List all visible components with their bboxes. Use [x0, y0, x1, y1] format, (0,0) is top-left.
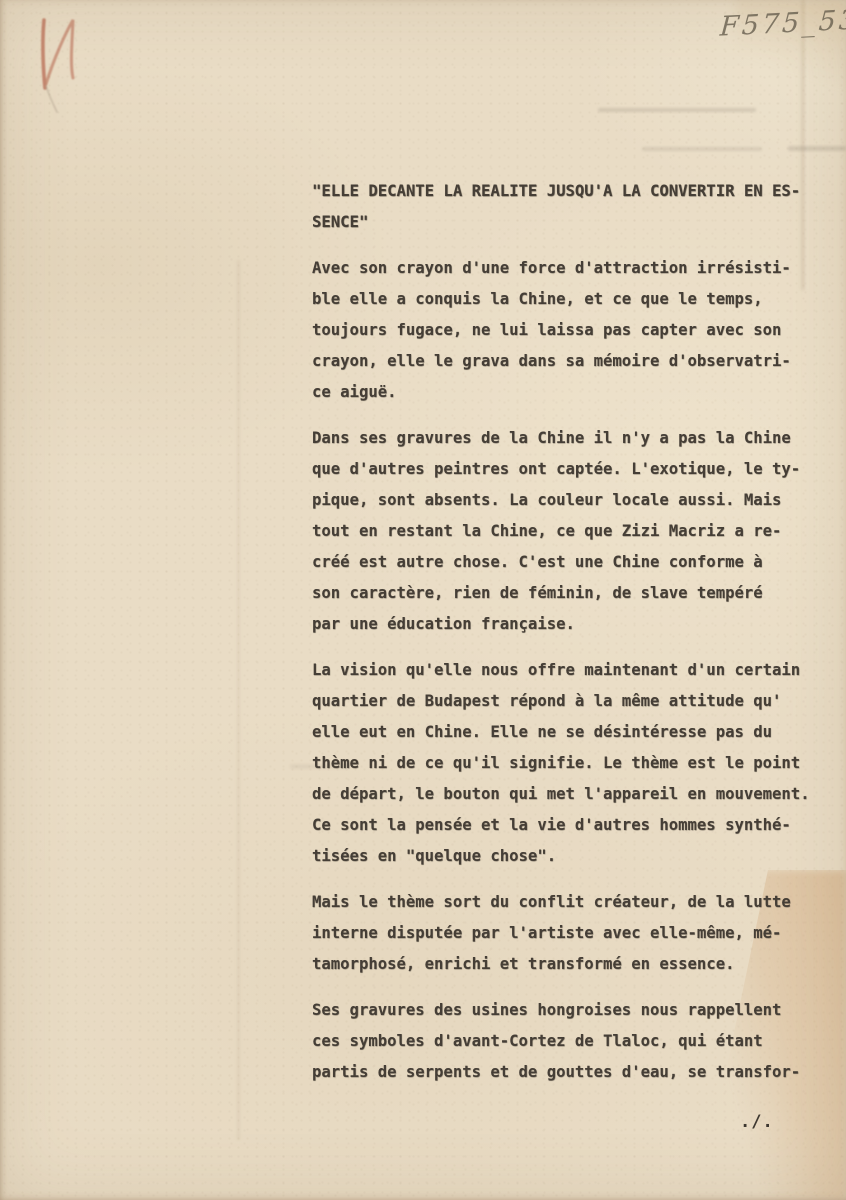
fold-smudge [642, 147, 762, 151]
typescript-body: "ELLE DECANTE LA REALITE JUSQU'A LA CONV… [312, 176, 846, 1103]
fold-smudge [788, 146, 846, 151]
fold-smudge [598, 108, 756, 112]
paragraph: Mais le thème sort du conflit créateur, … [312, 887, 846, 980]
paragraph: Ses gravures des usines hongroises nous … [312, 995, 846, 1088]
vertical-fold [236, 260, 241, 1140]
red-pencil-scribble-icon [16, 6, 106, 121]
scanned-document-page: F575_53 "ELLE DECANTE LA REALITE JUSQU'A… [0, 0, 846, 1200]
paragraph: Avec son crayon d'une force d'attraction… [312, 253, 846, 408]
archival-number: F575_53 [719, 4, 846, 42]
paragraph: La vision qu'elle nous offre maintenant … [312, 655, 846, 872]
continuation-mark: ./. [740, 1112, 774, 1132]
document-title: "ELLE DECANTE LA REALITE JUSQU'A LA CONV… [312, 176, 846, 238]
paragraph: Dans ses gravures de la Chine il n'y a p… [312, 423, 846, 640]
